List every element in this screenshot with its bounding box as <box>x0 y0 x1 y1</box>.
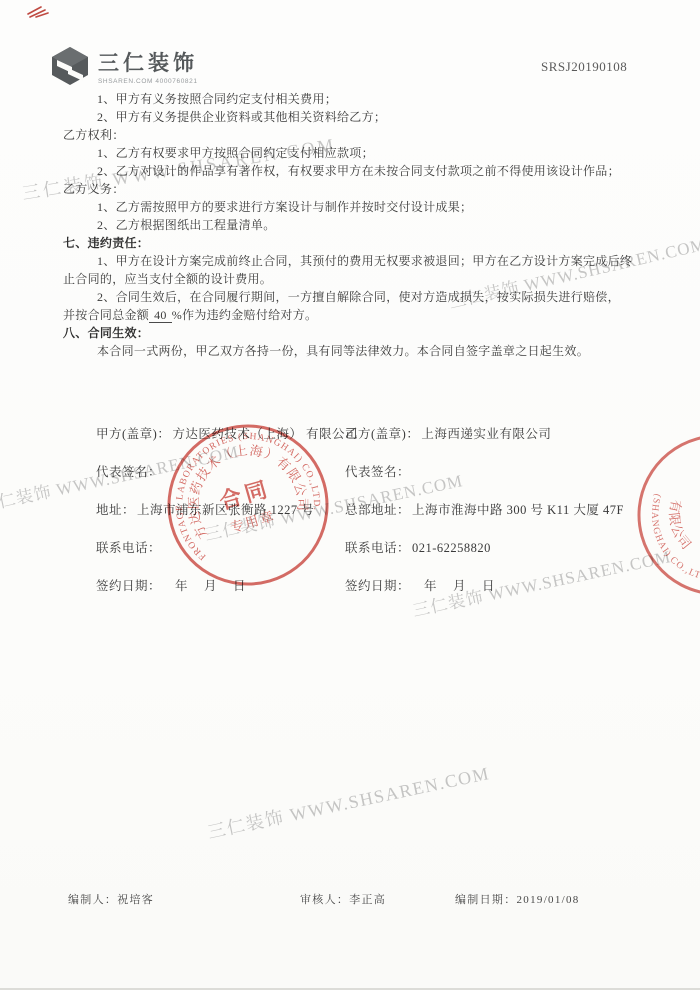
contract-body: 1、甲方有义务按照合同约定支付相关费用； 2、甲方有义务提供企业资料或其他相关资… <box>63 90 653 360</box>
phone-value: 021-62258820 <box>412 541 491 555</box>
contract-line: 本合同一式两份，甲乙双方各持一份，具有同等法律效力。本合同自签字盖章之日起生效。 <box>63 342 653 360</box>
contract-line: 2、合同生效后，在合同履行期间，一方擅自解除合同，使对方造成损失，按实际损失进行… <box>63 288 653 306</box>
seal-ring-english: (SHANGHAI) CO.,LT <box>642 492 700 582</box>
party-a-seal-row: 甲方(盖章)：方达医药技术（上海） 有限公司 <box>96 424 358 462</box>
seal-ring-chinese: 有限公司 <box>663 498 700 554</box>
party-b-sign-row: 代表签名： <box>345 462 624 500</box>
party-b-seal-row: 乙方(盖章)：上海西递实业有限公司 <box>345 424 624 462</box>
contract-line: 2、乙方根据图纸出工程量清单。 <box>63 216 653 234</box>
contract-line: 2、甲方有义务提供企业资料或其他相关资料给乙方； <box>63 108 653 126</box>
address-value: 上海市淮海中路 300 号 K11 大厦 47F <box>412 503 624 517</box>
penalty-percent-value: 40 <box>149 308 172 323</box>
penalty-suffix: %作为违约金赔付给对方。 <box>172 308 318 322</box>
address-label: 总部地址： <box>345 503 410 517</box>
address-value: 上海市浦东新区张衡路 1227 号 <box>137 503 314 517</box>
red-pen-mark <box>26 4 50 18</box>
footer-prepared-by: 编制人：祝培客 <box>68 891 154 907</box>
contract-line: 1、甲方在设计方案完成前终止合同，其预付的费用无权要求被退回；甲方在乙方设计方案… <box>63 252 653 270</box>
footer-reviewed-by: 审核人：李正高 <box>300 891 386 907</box>
sign-label: 代表签名： <box>345 465 410 479</box>
logo-tagline: SHSAREN.COM 4000760821 <box>98 78 198 85</box>
party-a-signature-block: 甲方(盖章)：方达医药技术（上海） 有限公司 代表签名： 地址：上海市浦东新区张… <box>96 424 358 614</box>
contract-line: 1、甲方有义务按照合同约定支付相关费用； <box>63 90 653 108</box>
party-a-sign-row: 代表签名： <box>96 462 358 500</box>
company-logo: 三仁装饰 SHSAREN.COM 4000760821 <box>50 46 198 86</box>
date-label: 签约日期： <box>345 579 410 593</box>
party-a-label: 甲方(盖章)： <box>96 427 170 441</box>
reviewed-value: 李正高 <box>349 894 386 906</box>
phone-label: 联系电话： <box>345 541 410 555</box>
date-value: 年 月 日 <box>424 579 497 593</box>
party-b-signature-block: 乙方(盖章)：上海西递实业有限公司 代表签名： 总部地址：上海市淮海中路 300… <box>345 424 624 614</box>
reviewed-label: 审核人： <box>300 894 349 906</box>
watermark: 三仁装饰 WWW.SHSAREN.COM <box>205 759 492 844</box>
contract-line: 止合同的，应当支付全额的设计费用。 <box>63 270 653 288</box>
party-b-address-row: 总部地址：上海市淮海中路 300 号 K11 大厦 47F <box>345 500 624 538</box>
party-b-name: 上海西递实业有限公司 <box>421 427 551 441</box>
phone-label: 联系电话： <box>96 541 161 555</box>
party-b-seal: (SHANGHAI) CO.,LT 有限公司 <box>619 416 700 614</box>
logo-icon <box>50 46 90 86</box>
party-b-label: 乙方(盖章)： <box>345 427 419 441</box>
penalty-prefix: 并按合同总金额 <box>63 308 149 322</box>
logo-name: 三仁装饰 <box>98 52 198 76</box>
footer-date-value: 2019/01/08 <box>517 894 580 906</box>
contract-section-heading: 八、合同生效： <box>63 324 653 342</box>
party-b-date-row: 签约日期：年 月 日 <box>345 576 624 614</box>
sign-label: 代表签名： <box>96 465 161 479</box>
footer-date: 编制日期：2019/01/08 <box>455 891 580 907</box>
party-a-date-row: 签约日期：年 月 日 <box>96 576 358 614</box>
document-number: SRSJ20190108 <box>541 59 627 75</box>
party-a-name: 方达医药技术（上海） 有限公司 <box>172 427 358 441</box>
contract-line: 1、乙方需按照甲方的要求进行方案设计与制作并按时交付设计成果； <box>63 198 653 216</box>
date-label: 签约日期： <box>96 579 161 593</box>
contract-page: 三仁装饰 WWW.SHSAREN.COM 三仁装饰 WWW.SHSAREN.CO… <box>0 0 700 990</box>
contract-line: 乙方权利： <box>63 126 653 144</box>
contract-line: 乙方义务： <box>63 180 653 198</box>
party-b-phone-row: 联系电话：021-62258820 <box>345 538 624 576</box>
footer-date-label: 编制日期： <box>455 894 517 906</box>
party-a-address-row: 地址：上海市浦东新区张衡路 1227 号 <box>96 500 358 538</box>
contract-line: 1、乙方有权要求甲方按照合同约定支付相应款项； <box>63 144 653 162</box>
contract-line: 2、乙方对设计的作品享有著作权，有权要求甲方在未按合同支付款项之前不得使用该设计… <box>63 162 653 180</box>
contract-section-heading: 七、违约责任： <box>63 234 653 252</box>
prepared-value: 祝培客 <box>117 894 154 906</box>
svg-text:有限公司: 有限公司 <box>663 498 700 554</box>
party-a-phone-row: 联系电话： <box>96 538 358 576</box>
contract-line-penalty: 并按合同总金额40%作为违约金赔付给对方。 <box>63 306 653 324</box>
prepared-label: 编制人： <box>68 894 117 906</box>
date-value: 年 月 日 <box>175 579 248 593</box>
svg-text:(SHANGHAI) CO.,LT: (SHANGHAI) CO.,LT <box>642 492 700 582</box>
address-label: 地址： <box>96 503 135 517</box>
